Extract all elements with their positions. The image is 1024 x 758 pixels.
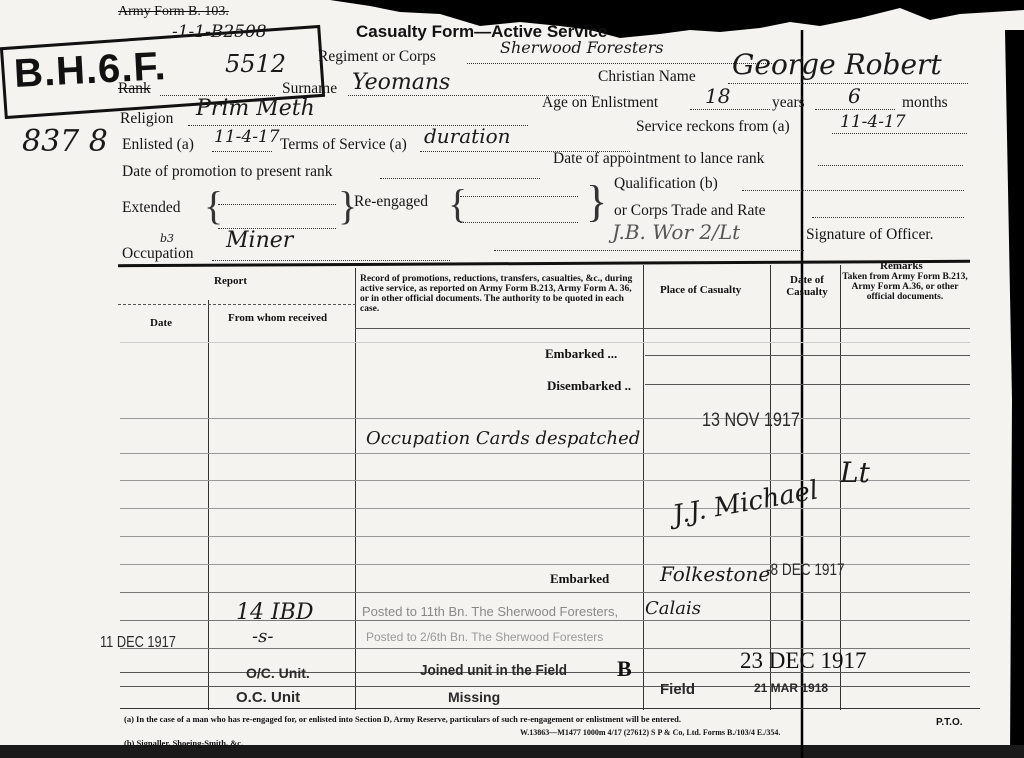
stamp-11-dec-1917: 11 DEC 1917 [100,634,176,652]
corner-mark: b3 [160,232,174,245]
th-date: Date [150,318,172,328]
th-place: Place of Casualty [660,285,741,295]
signature-label: Signature of Officer. [806,226,934,244]
trade-label: or Corps Trade and Rate [614,202,766,220]
report-subrule [118,304,356,305]
th-report: Report [214,276,247,286]
promotion-dotline [380,178,540,179]
rank-label: Rank [118,80,151,98]
pto-label: P.T.O. [936,717,963,728]
col-line-record [643,265,644,710]
th-record: Record of promotions, reductions, transf… [360,274,640,314]
extended-dotline-1[interactable] [218,204,336,205]
reengaged-brace-open: { [448,180,467,227]
row-disembarked-label: Disembarked .. [547,378,631,394]
reckons-dotline [832,133,967,134]
occupation-value[interactable]: Miner [226,228,293,253]
row-joined-unit: Joined unit in the Field [420,662,567,679]
header-bottom-rule [355,328,970,329]
qualification-label: Qualification (b) [614,175,718,193]
reengaged-brace-close: } [586,176,607,227]
row-line [120,418,970,419]
row-embarked-2-label: Embarked [550,571,609,587]
extended-brace-open: { [204,182,223,229]
stamp-13-nov-1917: 13 NOV 1917 [702,410,800,432]
from-oc-unit-1: O/C. Unit. [246,665,310,681]
officer-signature: J.B. Wor 2/Lt [612,220,740,244]
occupation-dotline [212,260,450,261]
row-posted-2-6th: Posted to 2/6th Bn. The Sherwood Foreste… [366,630,603,644]
age-years-value[interactable]: 18 [705,84,730,108]
row-line [645,355,970,356]
row-line [645,384,970,385]
religion-label: Religion [120,110,173,128]
regiment-dotline [467,63,772,64]
months-label: months [902,94,948,112]
row-line [120,508,970,509]
reengaged-dotline-1[interactable] [460,196,578,197]
stamp-21-mar-1918: 21 MAR 1918 [754,681,828,695]
enlisted-label: Enlisted (a) [122,136,194,154]
place-b: B [617,656,632,682]
th-from-whom: From whom received [228,313,327,323]
regiment-label: Regiment or Corps [318,48,436,66]
trade-dotline [812,217,964,218]
terms-value[interactable]: duration [424,124,511,148]
years-label: years [772,94,805,112]
reckons-value[interactable]: 11-4-17 [840,112,906,132]
reengaged-label: Re-engaged [354,193,428,211]
col-line-from [355,268,356,710]
promotion-label: Date of promotion to present rank [122,163,332,181]
row-occupation-cards: Occupation Cards despatched [366,428,640,449]
row-line [120,686,970,687]
form-number: Army Form B. 103. [118,4,229,20]
age-months-dotline [815,109,895,110]
th-remarks-title: Remarks [880,261,923,271]
place-folkestone: Folkestone [660,562,770,586]
enlisted-dotline [212,151,272,152]
religion-value[interactable]: Prim Meth [196,96,315,121]
reengaged-dotline-2[interactable] [460,222,578,223]
th-date-casualty: Date of Casualty [782,274,832,298]
place-field: Field [660,681,695,698]
place-calais: Calais [645,598,701,619]
age-years-dotline [690,109,770,110]
row-line [120,592,970,593]
th-remarks: Taken from Army Form B.213, Army Form A.… [842,272,968,302]
table-bottom-rule [120,708,980,709]
reckons-label: Service reckons from (a) [636,118,790,136]
age-months-value[interactable]: 6 [848,84,861,108]
signature-dotline [494,250,804,251]
ref-handwritten-2: 5512 [225,50,286,78]
from-14-ibd: 14 IBD [236,600,313,625]
row-line [120,536,970,537]
regiment-value[interactable]: Sherwood Foresters [500,38,664,57]
terms-label: Terms of Service (a) [280,136,407,154]
row-missing: Missing [448,689,500,705]
surname-value[interactable]: Yeomans [352,70,450,95]
lance-dotline [818,165,963,166]
footnote-b: (b) Signaller, Shoeing-Smith, &c. [124,738,243,748]
stamp-23-dec-1917: 23 DEC 1917 [740,648,867,674]
qualification-dotline [742,190,964,191]
age-label: Age on Enlistment [542,94,658,112]
occupation-label: Occupation [122,245,193,263]
row-line [120,342,970,343]
row-embarked-label: Embarked ... [545,346,617,362]
stamp-8-dec-1917: -8 DEC 1917 [766,560,845,580]
footnote-a: (a) In the case of a man who has re-enga… [124,714,681,724]
enlisted-value[interactable]: 11-4-17 [214,127,280,147]
printer-info: W.13863—M1477 1000m 4/17 (27612) S P & C… [520,728,780,737]
remarks-lt: Lt [840,456,870,489]
ref-handwritten-1: -1-1-B2508 [172,22,267,42]
extended-label: Extended [122,199,181,217]
margin-note: 837 8 [22,124,108,159]
christian-name-value[interactable]: George Robert [732,48,942,81]
from-s: -s- [252,626,273,647]
from-oc-unit-2: O.C. Unit [236,689,300,706]
row-line [120,453,970,454]
lance-label: Date of appointment to lance rank [553,150,764,168]
christian-name-label: Christian Name [598,68,696,86]
row-posted-11th: Posted to 11th Bn. The Sherwood Forester… [362,604,618,619]
